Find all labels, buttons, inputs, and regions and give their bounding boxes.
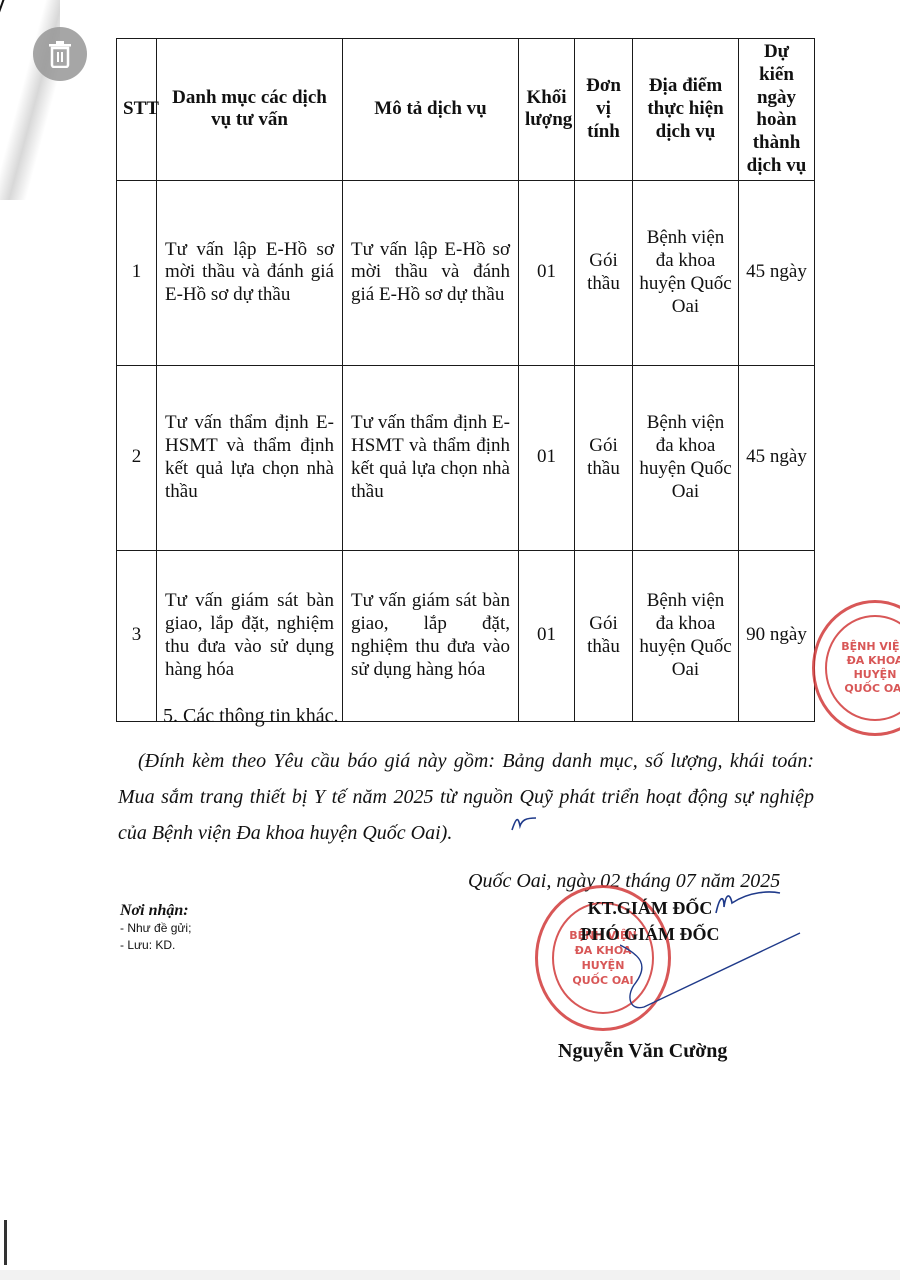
cell-quantity: 01 bbox=[519, 550, 575, 721]
cell-location: Bệnh viện đa khoa huyện Quốc Oai bbox=[633, 180, 739, 365]
cell-days: 90 ngày bbox=[739, 550, 815, 721]
cell-location: Bệnh viện đa khoa huyện Quốc Oai bbox=[633, 365, 739, 550]
header-unit: Đơn vị tính bbox=[575, 39, 633, 181]
table-row: 2 Tư vấn thẩm định E-HSMT và thẩm định k… bbox=[117, 365, 815, 550]
cell-location: Bệnh viện đa khoa huyện Quốc Oai bbox=[633, 550, 739, 721]
header-location: Địa điểm thực hiện dịch vụ bbox=[633, 39, 739, 181]
document-page: STT Danh mục các dịch vụ tư vấn Mô tả dị… bbox=[0, 0, 900, 1270]
cell-unit: Gói thầu bbox=[575, 550, 633, 721]
stamp-line: HUYỆN bbox=[582, 958, 625, 973]
cell-unit: Gói thầu bbox=[575, 365, 633, 550]
cell-service: Tư vấn giám sát bàn giao, lắp đặt, nghiệ… bbox=[157, 550, 343, 721]
services-table: STT Danh mục các dịch vụ tư vấn Mô tả dị… bbox=[116, 38, 815, 722]
recipient-item: - Lưu: KD. bbox=[120, 937, 191, 954]
other-info-heading: 5. Các thông tin khác. bbox=[163, 705, 339, 728]
signature-title-block: KT.GIÁM ĐỐC PHÓ GIÁM ĐỐC bbox=[560, 895, 740, 947]
cell-unit: Gói thầu bbox=[575, 180, 633, 365]
recipients-title: Nơi nhận: bbox=[120, 902, 191, 920]
header-service: Danh mục các dịch vụ tư vấn bbox=[157, 39, 343, 181]
cell-stt: 2 bbox=[117, 365, 157, 550]
cell-stt: 3 bbox=[117, 550, 157, 721]
recipients-block: Nơi nhận: - Như đề gửi; - Lưu: KD. bbox=[120, 902, 191, 954]
page-corner-edge bbox=[4, 1220, 7, 1265]
stamp-inner: BỆNH VIỆN ĐA KHOA HUYỆN QUỐC OAI bbox=[825, 615, 900, 721]
cell-service: Tư vấn thẩm định E-HSMT và thẩm định kết… bbox=[157, 365, 343, 550]
hospital-stamp-right: BỆNH VIỆN ĐA KHOA HUYỆN QUỐC OAI bbox=[812, 600, 900, 736]
stamp-line: ĐA KHOA bbox=[847, 654, 900, 668]
signer-name: Nguyễn Văn Cường bbox=[558, 1040, 727, 1063]
stamp-line: QUỐC OAI bbox=[572, 973, 633, 988]
cell-days: 45 ngày bbox=[739, 365, 815, 550]
table-row: 3 Tư vấn giám sát bàn giao, lắp đặt, ngh… bbox=[117, 550, 815, 721]
stamp-line: BỆNH VIỆN bbox=[841, 640, 900, 654]
stamp-line: HUYỆN bbox=[854, 668, 897, 682]
cell-description: Tư vấn lập E-Hồ sơ mời thầu và đánh giá … bbox=[343, 180, 519, 365]
cell-days: 45 ngày bbox=[739, 180, 815, 365]
stamp-line: QUỐC OAI bbox=[844, 682, 900, 696]
place-date: Quốc Oai, ngày 02 tháng 07 năm 2025 bbox=[468, 870, 780, 893]
signature-line1: KT.GIÁM ĐỐC bbox=[560, 895, 740, 921]
table-row: 1 Tư vấn lập E-Hồ sơ mời thầu và đánh gi… bbox=[117, 180, 815, 365]
recipient-item: - Như đề gửi; bbox=[120, 920, 191, 937]
header-quantity: Khối lượng bbox=[519, 39, 575, 181]
table-header-row: STT Danh mục các dịch vụ tư vấn Mô tả dị… bbox=[117, 39, 815, 181]
header-description: Mô tả dịch vụ bbox=[343, 39, 519, 181]
header-days: Dự kiến ngày hoàn thành dịch vụ bbox=[739, 39, 815, 181]
trash-icon bbox=[47, 40, 73, 68]
cell-quantity: 01 bbox=[519, 365, 575, 550]
delete-button[interactable] bbox=[33, 27, 87, 81]
cell-description: Tư vấn thẩm định E-HSMT và thẩm định kết… bbox=[343, 365, 519, 550]
attachment-note: (Đính kèm theo Yêu cầu báo giá này gồm: … bbox=[118, 743, 814, 851]
page-edge-line bbox=[0, 0, 8, 188]
cell-quantity: 01 bbox=[519, 180, 575, 365]
cell-service: Tư vấn lập E-Hồ sơ mời thầu và đánh giá … bbox=[157, 180, 343, 365]
header-stt: STT bbox=[117, 39, 157, 181]
signature-line2: PHÓ GIÁM ĐỐC bbox=[560, 921, 740, 947]
cell-description: Tư vấn giám sát bàn giao, lắp đặt, nghiệ… bbox=[343, 550, 519, 721]
cell-stt: 1 bbox=[117, 180, 157, 365]
